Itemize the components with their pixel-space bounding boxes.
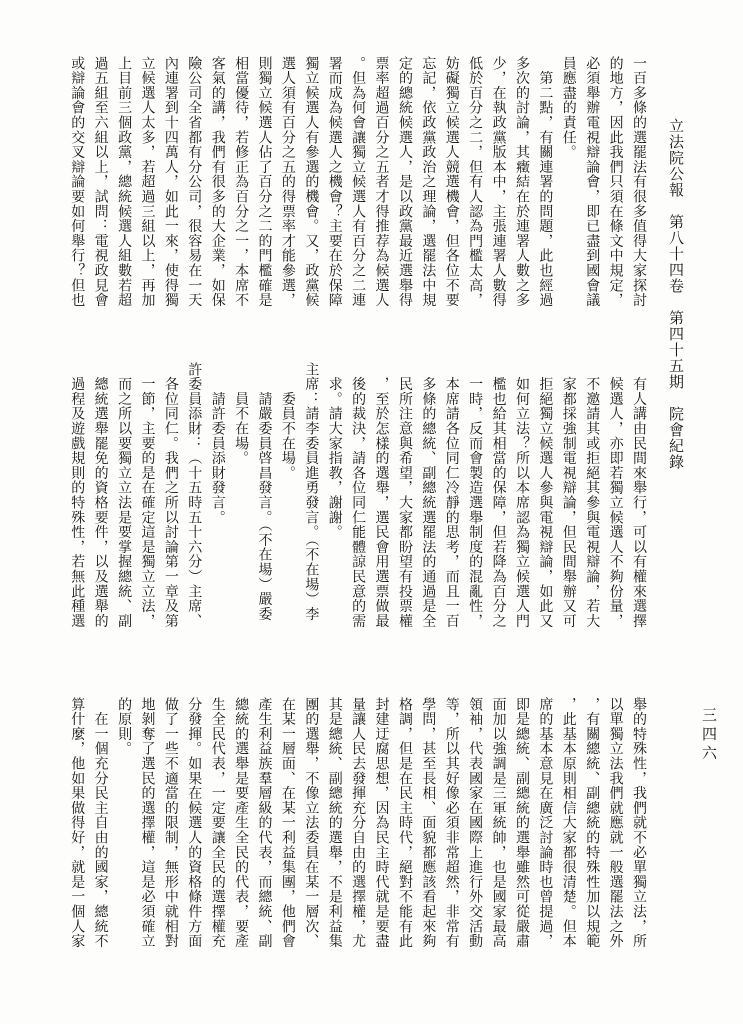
text-column: 求。請大家指教，謝謝。 — [322, 362, 345, 647]
text-column: 多次的討論，其癥結在於連署人數之多 — [510, 56, 533, 328]
text-column: 一百多條的選罷法有很多值得大家探討 — [627, 56, 650, 328]
text-column: 算什麼，他如果做得好，就是一個人家 — [65, 697, 88, 955]
text-column: 或辯論會的交叉辯論要如何舉行？但也 — [65, 56, 88, 328]
text-column: 如何立法？所以本席認為獨立候選人門 — [510, 362, 533, 647]
text-column: 量讓人民去發揮充分自由的選擇權，尤 — [346, 697, 369, 955]
text-column: 的地方，因此我們只須在條文中規定， — [603, 56, 626, 328]
text-column: 員不在場。 — [229, 362, 252, 647]
text-column: 舉的特殊性，我們就不必單獨立法，所 — [627, 697, 650, 955]
text-column: 上目前三個政黨，總統候選人組數若超 — [112, 56, 135, 328]
text-column: 內連署到十四萬人，如此一來，使得獨 — [158, 56, 181, 328]
text-column: 低於百分之二，但有人認為門檻太高， — [463, 56, 486, 328]
text-column: 本席請各位同仁冷靜的思考，而且一百 — [439, 362, 462, 647]
page-number: 三四六 — [698, 707, 719, 777]
text-column: 分發揮。如果在候選人的資格條件方面 — [182, 697, 205, 955]
text-column: 其是總統、副總統的選舉，不是利益集 — [322, 697, 345, 955]
text-column: 少，在執政黨版本中，主張連署人數得 — [486, 56, 509, 328]
text-column: 即是總統、副總統的選舉雖然可從嚴肅 — [510, 697, 533, 955]
text-column: 家都採強制電視辯論，但民間舉辦又可 — [556, 362, 579, 647]
text-column: 客氣的講，我們有很多的大企業，如保 — [205, 56, 228, 328]
text-column: 忘記，依政黨政治之理論，選罷法中規 — [416, 56, 439, 328]
text-column: 票率超過百分之五者才得推荐為候選人 — [369, 56, 392, 328]
text-column: 相當優待，若修正為百分之一，本席不 — [229, 56, 252, 328]
text-column: 總統的選舉是要產生全民的代表，要產 — [229, 697, 252, 955]
text-column: 許委員添財：（十五時五十六分）主席、 — [182, 362, 205, 647]
text-column: 則獨立候選人佔了百分之二的門檻確是 — [252, 56, 275, 328]
text-column: 過五組至六組以上，試問：電視政見會 — [88, 56, 111, 328]
text-column: 獨立候選人有參選的機會。又，政黨候 — [299, 56, 322, 328]
text-column: 做了一些不適當的限制，無形中就相對 — [158, 697, 181, 955]
text-column: 妨礙獨立候選人競選機會，但各位不要 — [439, 56, 462, 328]
text-column: 格調，但是在民主時代，絕對不能有此 — [393, 697, 416, 955]
text-column: 檻也給其相當的保障，但若降為百分之 — [486, 362, 509, 647]
text-column: ，有關總統、副總統的特殊性加以規範 — [580, 697, 603, 955]
text-column: 一時，反而會製造選舉制度的混亂性， — [463, 362, 486, 647]
text-column: 而之所以要獨立立法是要掌握總統、副 — [112, 362, 135, 647]
journal-header: 立法院公報 第八十四卷 第四十五期 院會紀錄 — [665, 118, 686, 498]
text-column: 選人須有百分之五的得票率才能參選， — [276, 56, 299, 328]
text-column: 在一個充分民主自由的國家，總統不 — [88, 697, 111, 955]
text-column: 在某一層面、在某一利益集團，他們會 — [276, 697, 299, 955]
text-column: 的原則。 — [112, 697, 135, 955]
text-column: 請嚴委員啓昌發言。（不在場）嚴委 — [252, 362, 275, 647]
text-column: 以單獨立法我們就應就一般選罷法之外 — [603, 697, 626, 955]
text-column: 產生利益族羣層級的代表，而總統、副 — [252, 697, 275, 955]
text-column: ，至於怎樣的選舉，選民會用選票做最 — [369, 362, 392, 647]
text-column: 面加以強調是三軍統帥，也是國家最高 — [486, 697, 509, 955]
text-column: 地剝奪了選民的選擇權，這是必須確立 — [135, 697, 158, 955]
text-column: 員應盡的責任。 — [556, 56, 579, 328]
text-column: 第二點，有關連署的問題，此也經過 — [533, 56, 556, 328]
text-column: 過程及遊戲規則的特殊性，若無此種選 — [65, 362, 88, 647]
text-column: 不邀請其或拒絕其參與電視辯論，若大 — [580, 362, 603, 647]
text-column: 候選人，亦即若獨立候選人不夠份量， — [603, 362, 626, 647]
text-column: 險公司全省都有分公司，很容易在一天 — [182, 56, 205, 328]
text-column: 請許委員添財發言。 — [205, 362, 228, 647]
text-column: 有人講由民間來舉行，可以有權來選擇 — [627, 362, 650, 647]
text-column: 學問，甚至長相、面貌都應該看起來夠 — [416, 697, 439, 955]
text-column: 封建迂腐思想，因為民主時代就是要盡 — [369, 697, 392, 955]
gazette-page: 立法院公報 第八十四卷 第四十五期 院會紀錄 三四六 一百多條的選罷法有很多值得… — [0, 0, 743, 1024]
text-column: 拒絕獨立候選人參與電視辯論，如此又 — [533, 362, 556, 647]
text-column: 生全民代表，一定要讓全民的選擇權充 — [205, 697, 228, 955]
text-column: 多條的總統、副總統選罷法的通過是全 — [416, 362, 439, 647]
text-column: 署而成為候選人之機會？主要在於保障 — [322, 56, 345, 328]
text-column: 定的總統候選人，是以政黨最近選舉得 — [393, 56, 416, 328]
text-column: 主席：請李委員進勇發言。（不在場）李 — [299, 362, 322, 647]
text-column: 席的基本意見在廣泛討論時也曾提過， — [533, 697, 556, 955]
text-block-top: 一百多條的選罷法有很多值得大家探討的地方，因此我們只須在條文中規定，必須舉辦電視… — [65, 56, 650, 328]
text-column: 一節，主要的是在確定這是獨立立法， — [135, 362, 158, 647]
text-column: 後的裁決，請各位同仁能體諒民意的需 — [346, 362, 369, 647]
text-column: ，此基本原則相信大家都很清楚。但本 — [556, 697, 579, 955]
text-column: 領袖，代表國家在國際上進行外交活動 — [463, 697, 486, 955]
text-block-middle: 有人講由民間來舉行，可以有權來選擇 候選人，亦即若獨立候選人不夠份量， 不邀請其… — [65, 362, 650, 647]
text-column: 民所注意與希望，大家都盼望有投票權 — [393, 362, 416, 647]
text-column: 各位同仁。我們之所以討論第一章及第 — [158, 362, 181, 647]
text-column: 委員不在場。 — [276, 362, 299, 647]
text-block-bottom: 舉的特殊性，我們就不必單獨立法，所以單獨立法我們就應就一般選罷法之外，有關總統、… — [65, 697, 650, 955]
text-column: 立候選人太多，若超過三組以上，再加 — [135, 56, 158, 328]
text-column: 總統選舉罷免的資格要件，以及選舉的 — [88, 362, 111, 647]
text-column: 團的選舉，不像立法委員在某一層次、 — [299, 697, 322, 955]
text-column: 。但為何會讓獨立候選人有百分之二連 — [346, 56, 369, 328]
text-column: 等，所以其好像必須非常超然，非常有 — [439, 697, 462, 955]
text-column: 必須舉辦電視辯論會，即已盡到國會議 — [580, 56, 603, 328]
